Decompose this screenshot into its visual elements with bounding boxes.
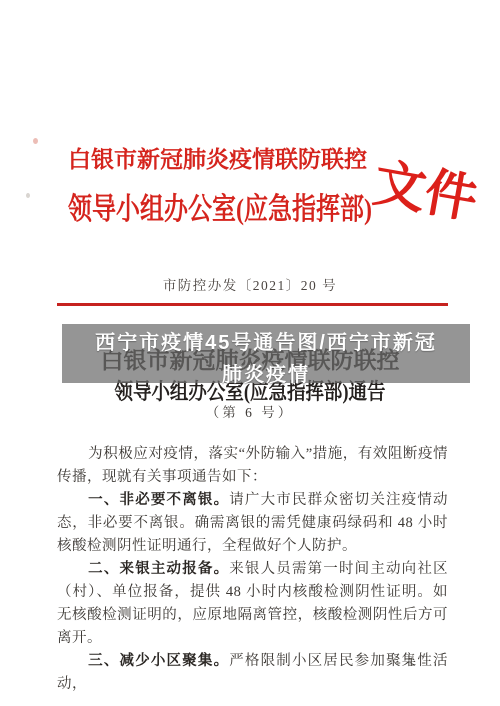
body-intro-paragraph: 为积极应对疫情，落实“外防输入”措施，有效阻断疫情传播，现就有关事项通告如下： [57, 443, 448, 489]
letterhead-line2: 领导小组办公室(应急指挥部) [68, 184, 372, 228]
letterhead-line1: 白银市新冠肺炎疫情联防联控 [68, 141, 373, 174]
body-item-1: 一、非必要不离银。请广大市民群众密切关注疫情动态，非必要不离银。确需离银的需凭健… [57, 489, 448, 558]
caption-overlay-band: 西宁市疫情45号通告图/西宁市新冠 肺炎疫情 [62, 324, 470, 383]
document-body: 为积极应对疫情，落实“外防输入”措施，有效阻断疫情传播，现就有关事项通告如下： … [57, 443, 448, 696]
scan-artifact-dot [26, 193, 30, 198]
body-item-2-lead: 二、来银主动报备。 [88, 561, 229, 577]
page-number: - 1 - [396, 654, 428, 670]
body-item-1-lead: 一、非必要不离银。 [88, 492, 229, 508]
scanned-document-page: 白银市新冠肺炎疫情联防联控 领导小组办公室(应急指挥部) 文件 市防控办发〔20… [0, 0, 500, 706]
scan-artifact-dot [33, 138, 38, 144]
caption-overlay-line1: 西宁市疫情45号通告图/西宁市新冠 [62, 326, 470, 355]
letterhead-doc-type: 文件 [369, 158, 480, 227]
caption-overlay-line2: 肺炎疫情 [62, 358, 470, 387]
document-reference-number: 市防控办发〔2021〕20 号 [0, 274, 500, 294]
body-item-2: 二、来银主动报备。来银人员需第一时间主动向社区（村）、单位报备，提供 48 小时… [57, 558, 448, 650]
body-item-3-lead: 三、减少小区聚集。 [88, 653, 229, 669]
letterhead-divider-rule [57, 303, 448, 306]
body-item-3: 三、减少小区聚集。严格限制小区居民参加聚集性活动， [57, 650, 448, 696]
